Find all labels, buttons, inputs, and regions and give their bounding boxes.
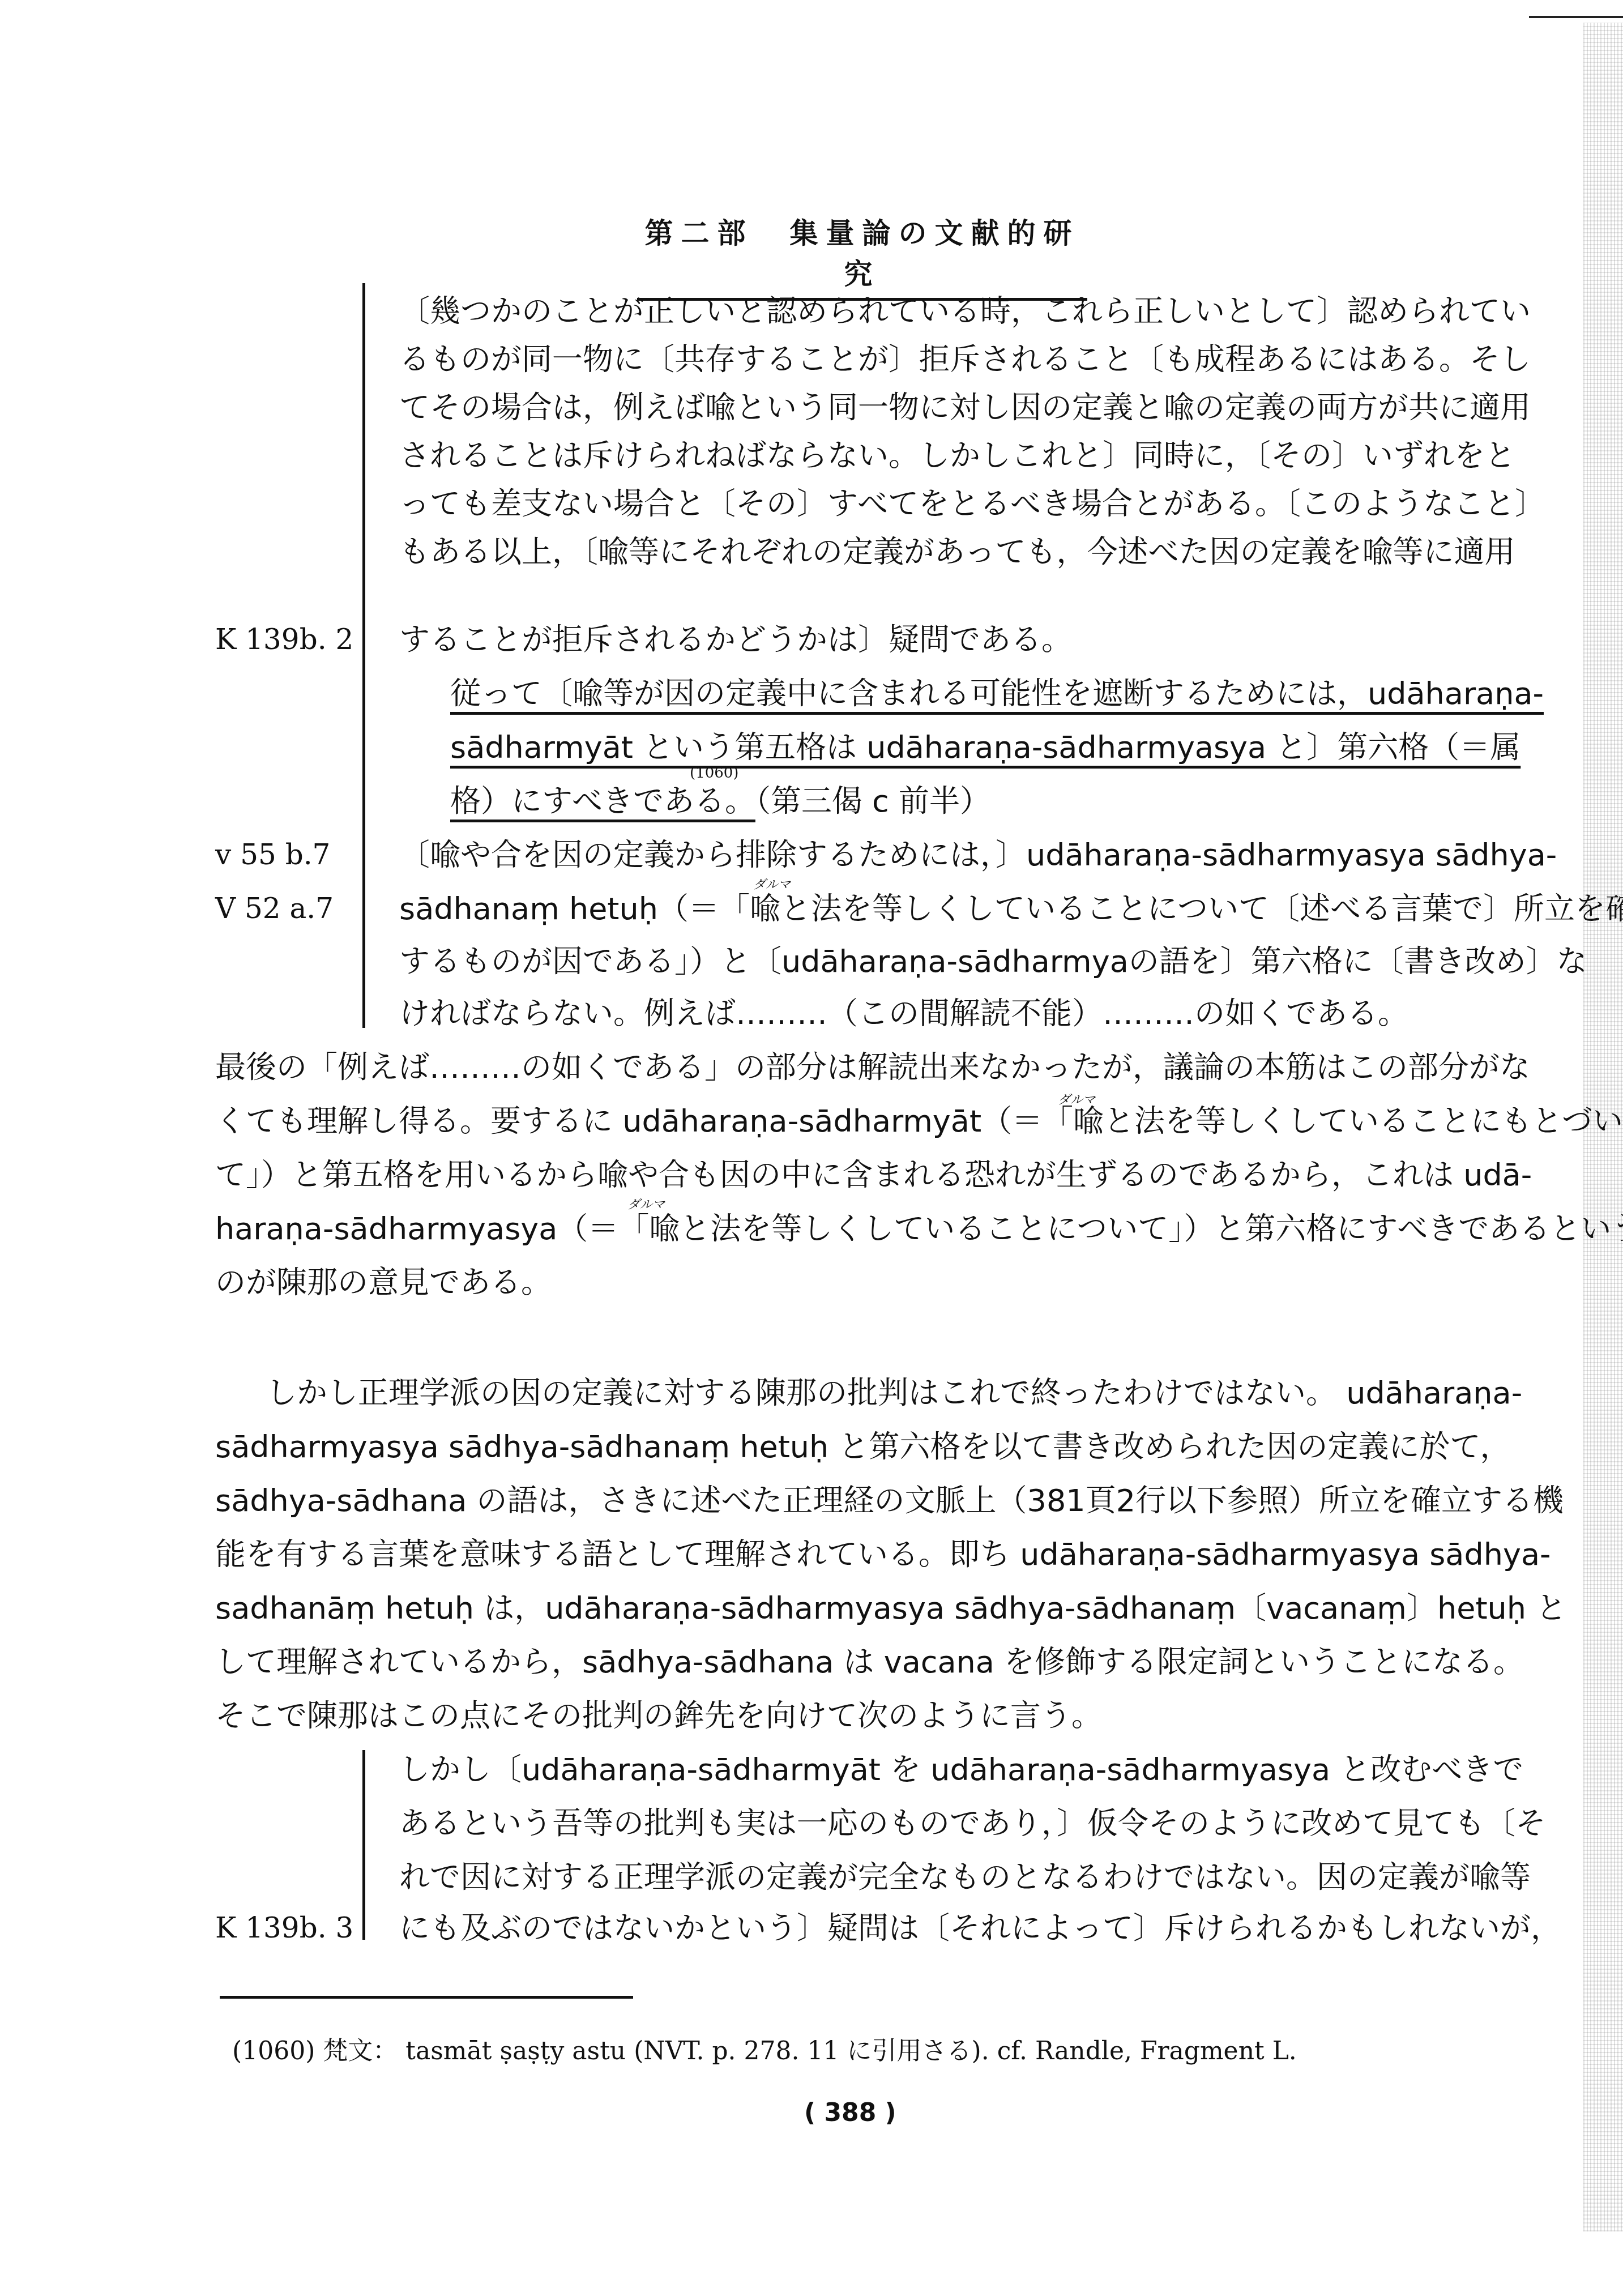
text-line: sadhanāṃ hetuḥ は，udāharaṇa-sādharmyasya … — [215, 1591, 1495, 1625]
text-line: っても差支ない場合と〔その〕すべてをとるべき場合とがある。〔このようなこと〕 — [399, 487, 1495, 521]
top-edge-rule — [1529, 16, 1623, 18]
text-line: 能を有する言葉を意味する語として理解されている。即ち udāharaṇa-sād… — [215, 1538, 1495, 1572]
verse-line: 格）にすべきである。（第三偈 c 前半） — [450, 784, 1495, 818]
margin-reference: v 55 b.7 — [215, 838, 330, 871]
ruby-annotation: ダルマ — [753, 875, 791, 893]
margin-reference: K 139b. 2 — [215, 623, 353, 656]
text-line: するものが因である」）と〔udāharaṇa-sādharmyaの語を〕第六格に… — [399, 945, 1495, 979]
footnote-ref-1060: (1060) — [690, 765, 738, 782]
text-line: haraṇa-sādharmyasya（＝「喩と法を等しくしていることについて」… — [215, 1212, 1495, 1246]
running-head: 第二部 集量論の文献的研究 — [637, 211, 1087, 301]
text-line: されることは斥けられねばならない。しかしこれと〕同時に，〔その〕いずれをと — [399, 439, 1495, 473]
text-line: sādhanaṃ hetuḥ（＝「喩と法を等しくしていることについて〔述べる言葉… — [399, 892, 1495, 926]
quotation-bar — [362, 1750, 365, 1940]
text-line: しかし〔udāharaṇa-sādharmyāt を udāharaṇa-sād… — [399, 1753, 1495, 1787]
footnote-rule — [220, 1996, 633, 1999]
verse-line: sādharmyāt という第五格は udāharaṇa-sādharmyasy… — [450, 731, 1495, 765]
text-line: ければならない。例えば………（この間解読不能）………の如くである。 — [399, 997, 1495, 1031]
text-line: にも及ぶのではないかという〕疑問は〔それによって〕斥けられるかもしれないが， — [399, 1911, 1495, 1945]
ruby-annotation: ダルマ — [627, 1195, 665, 1213]
text-line: sādhya-sādhana の語は，さきに述べた正理経の文脈上（381頁2行以… — [215, 1484, 1495, 1518]
text-line: そこで陳那はこの点にその批判の鉾先を向けて次のように言う。 — [215, 1699, 1495, 1733]
page-number: ( 388 ) — [804, 2098, 896, 2127]
text-line: しかし正理学派の因の定義に対する陳那の批判はこれで終ったわけではない。 udāh… — [266, 1376, 1495, 1410]
margin-reference: K 139b. 3 — [215, 1911, 353, 1944]
text-line: sādharmyasya sādhya-sādhanaṃ hetuḥ と第六格を… — [215, 1430, 1495, 1464]
text-line: くても理解し得る。要するに udāharaṇa-sādharmyāt（＝「喩と法… — [215, 1104, 1495, 1138]
text-line: 〔幾つかのことが正しいと認められている時，これら正しいとして〕認められてい — [399, 295, 1495, 328]
text-line: して理解されているから，sādhya-sādhana は vacana を修飾す… — [215, 1645, 1495, 1679]
margin-reference: V 52 a.7 — [215, 892, 334, 925]
text-line: 最後の「例えば………の如くである」の部分は解読出来なかったが，議論の本筋はこの部… — [215, 1051, 1495, 1085]
verse-note: （第三偈 c 前半） — [755, 783, 990, 819]
text-line: 〔喩や合を因の定義から排除するためには，〕udāharaṇa-sādharmya… — [399, 838, 1495, 872]
quotation-bar — [362, 283, 365, 1028]
text-line: てその場合は，例えば喩という同一物に対し因の定義と喩の定義の両方が共に適用 — [399, 391, 1495, 425]
text-line: て」）と第五格を用いるから喩や合も因の中に含まれる恐れが生ずるのであるから，これ… — [215, 1158, 1495, 1192]
text-line: れで因に対する正理学派の定義が完全なものとなるわけではない。因の定義が喩等 — [399, 1860, 1495, 1894]
verse-line: 従って〔喩等が因の定義中に含まれる可能性を遮断するためには，udāharaṇa- — [450, 677, 1495, 711]
text-line: することが拒斥されるかどうかは〕疑問である。 — [399, 623, 1495, 657]
verse-final: 格）にすべきである。 — [450, 783, 755, 819]
text-line: もある以上，〔喩等にそれぞれの定義があっても，今述べた因の定義を喩等に適用 — [399, 535, 1495, 569]
text-line: あるという吾等の批判も実は一応のものであり，〕仮令そのように改めて見ても〔そ — [399, 1807, 1495, 1841]
text-line: のが陳那の意見である。 — [215, 1266, 1495, 1300]
footnote-1060: (1060) 梵文： tasmāt ṣaṣṭy astu (NVT. p. 27… — [232, 2030, 1297, 2067]
text-line: るものが同一物に〔共存することが〕拒斥されること〔も成程あるにはある。そし — [399, 343, 1495, 377]
